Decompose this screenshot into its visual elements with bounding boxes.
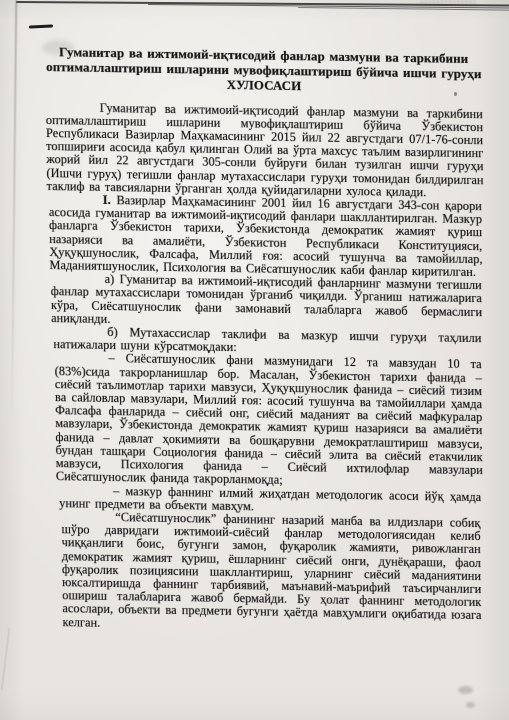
- section-text: Вазирлар Маҳкамасининг 2001 йил 16 авгус…: [49, 193, 483, 279]
- paragraph-intro: Гуманитар ва ижтимоий-иқтисодий фанлар м…: [46, 101, 484, 201]
- scan-smudge-bottom-right-2: [466, 702, 475, 708]
- scan-smudge-bottom-right-1: [458, 686, 473, 694]
- document-body: Гуманитар ва ижтимоий-иқтисодий фанлар м…: [45, 44, 489, 636]
- paragraph-section-1: I. Вазирлар Маҳкамасининг 2001 йил 16 ав…: [49, 193, 483, 279]
- section-number: I.: [103, 193, 111, 207]
- scanned-page: Гуманитар ва ижтимоий-иқтисодий фанлар м…: [0, 0, 509, 720]
- pen-dash-mark: [29, 24, 53, 28]
- paragraph-item-a: а) Гуманитар ва ижтимоий-иқтисодий фанла…: [51, 272, 483, 332]
- document-title: Гуманитар ва ижтимоий-иқтисодий фанлар м…: [45, 44, 483, 97]
- paper-crease-bottom-left: [1, 628, 10, 690]
- paragraph-conclusion: “Сиёсатшунослик” фанининг назарий манба …: [61, 510, 481, 636]
- paragraph-dash-1: – Сиёсатшунослик фани мазмунидаги 12 та …: [54, 352, 483, 491]
- paper-crease-left: [11, 0, 17, 430]
- scan-smudge-top-right: [418, 0, 476, 7]
